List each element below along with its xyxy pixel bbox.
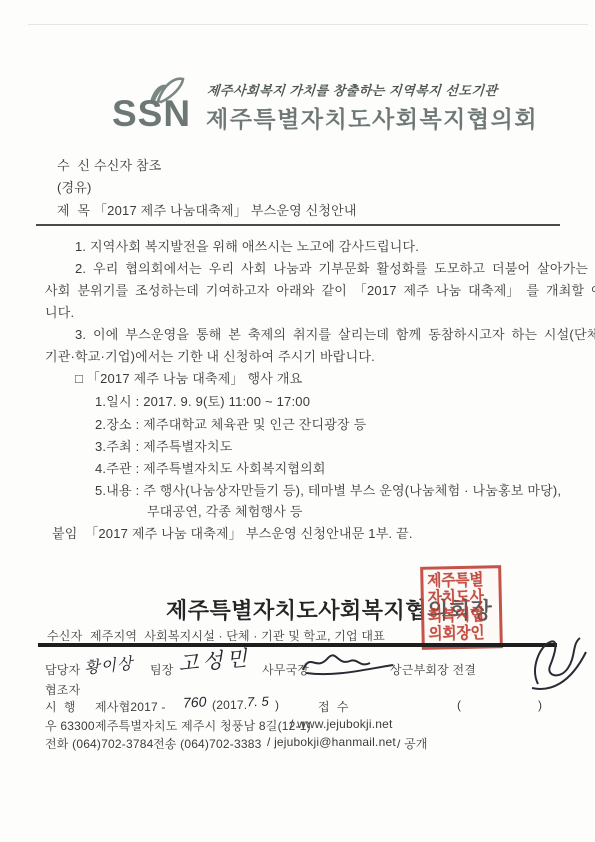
recipients-row-value: 제주지역 사회복지시설 · 단체 · 기관 및 학교, 기업 대표 — [90, 627, 385, 644]
footer-divider-rule — [38, 643, 557, 647]
receipt-label: 접 수 — [318, 698, 349, 715]
issue-number-prefix: 제사협2017 - — [95, 698, 166, 715]
issue-label: 시 행 — [45, 698, 76, 715]
recipients-row-label: 수신자 — [47, 627, 82, 644]
official-seal-stamp-icon: 제주특별 자치도사 회복지협 의회장인 — [420, 565, 503, 650]
email: / jejubokji@hanmail.net — [267, 735, 396, 749]
issue-date-close: ) — [275, 698, 279, 712]
logo-slogan: 제주사회복지 가치를 창출하는 지역복지 선도기관 — [206, 80, 498, 99]
drafter-label: 담당자 — [45, 661, 80, 678]
cooperator-label: 협조자 — [45, 681, 80, 698]
seal-row: 자치도사 — [428, 590, 495, 608]
receipt-paren-open: ( — [457, 698, 461, 712]
fax: 전송 (064)702-3383 — [153, 735, 261, 752]
address: 제주특별자치도 제주시 청풍남 8길(12-1) — [95, 717, 311, 734]
secretary-general-signature-icon — [300, 648, 396, 683]
recipient-field: 수 신 수신자 참조 — [57, 158, 162, 174]
issue-number-handwritten: 760 — [183, 693, 207, 710]
final-approver-label: 상근부회장 전결 — [390, 661, 476, 678]
body-paragraph-3-line-2: 기관·학교·기업)에서는 기한 내 신청하여 주시기 바랍니다. — [45, 349, 375, 365]
team-leader-label: 팀장 — [150, 661, 174, 678]
zip-code: 우 63300 — [45, 717, 95, 734]
event-item-host: 3.주최 : 제주특별자치도 — [95, 439, 233, 455]
issue-date-handwritten: 7. 5 — [247, 694, 269, 710]
receipt-paren-close: ) — [538, 698, 542, 712]
subject-field: 제 목 「2017 제주 나눔대축제」 부스운영 신청안내 — [57, 203, 357, 219]
event-item-contents: 5.내용 : 주 행사(나눔상자만들기 등), 테마별 부스 운영(나눔체험 ·… — [95, 483, 561, 499]
team-leader-signature: 고성민 — [177, 642, 252, 678]
disclosure-status: / 공개 — [397, 735, 428, 752]
telephone: 전화 (064)702-3784 — [45, 735, 153, 752]
attachment-note: 붙임 「2017 제주 나눔 대축제」 부스운영 신청안내문 1부. 끝. — [52, 526, 413, 542]
event-item-organizer: 4.주관 : 제주특별자치도 사회복지협의회 — [95, 461, 326, 477]
issue-date-open: (2017. — [212, 698, 247, 712]
body-paragraph-3-line-1: 3. 이에 부스운영을 통해 본 축제의 취지를 살리는데 함께 동참하시고자 … — [75, 327, 595, 343]
via-field: (경유) — [57, 180, 92, 196]
recipient-label: 수 신 — [57, 158, 90, 173]
scan-artifact-line — [28, 24, 588, 25]
recipient-value: 수신자 참조 — [94, 158, 162, 173]
body-paragraph-1: 1. 지역사회 복지발전을 위해 애쓰시는 노고에 감사드립니다. — [75, 239, 419, 255]
official-document-page: SSN 제주사회복지 가치를 창출하는 지역복지 선도기관 제주특별자치도사회복… — [0, 0, 595, 842]
subject-divider-rule — [36, 224, 560, 226]
event-item-place: 2.장소 : 제주대학교 체육관 및 인근 잔디광장 등 — [95, 417, 366, 433]
drafter-signature: 황이상 — [83, 650, 135, 678]
website: / www.jejubokji.net — [290, 717, 393, 731]
body-paragraph-2-line-3: 니다. — [45, 305, 74, 321]
seal-row: 제주특별 — [427, 572, 494, 590]
subject-value: 「2017 제주 나눔대축제」 부스운영 신청안내 — [94, 203, 357, 218]
event-item-contents-cont: 무대공연, 각종 체험행사 등 — [147, 504, 303, 520]
body-paragraph-2-line-1: 2. 우리 협의회에서는 우리 사회 나눔과 기부문화 활성화를 도모하고 더불… — [75, 261, 588, 277]
logo-acronym: SSN — [112, 93, 191, 135]
approver-signature-icon — [528, 634, 590, 697]
seal-row: 의회장인 — [428, 625, 495, 643]
seal-row: 회복지협 — [428, 608, 495, 626]
event-overview-title: □ 「2017 제주 나눔 대축제」 행사 개요 — [75, 371, 302, 387]
event-item-date: 1.일시 : 2017. 9. 9(토) 11:00 ~ 17:00 — [95, 394, 310, 410]
body-paragraph-2-line-2: 사회 분위기를 조성하는데 기여하고자 아래와 같이 「2017 제주 나눔 대… — [45, 283, 595, 299]
subject-label: 제 목 — [57, 203, 90, 218]
logo-org-name: 제주특별자치도사회복지협의회 — [206, 101, 538, 134]
